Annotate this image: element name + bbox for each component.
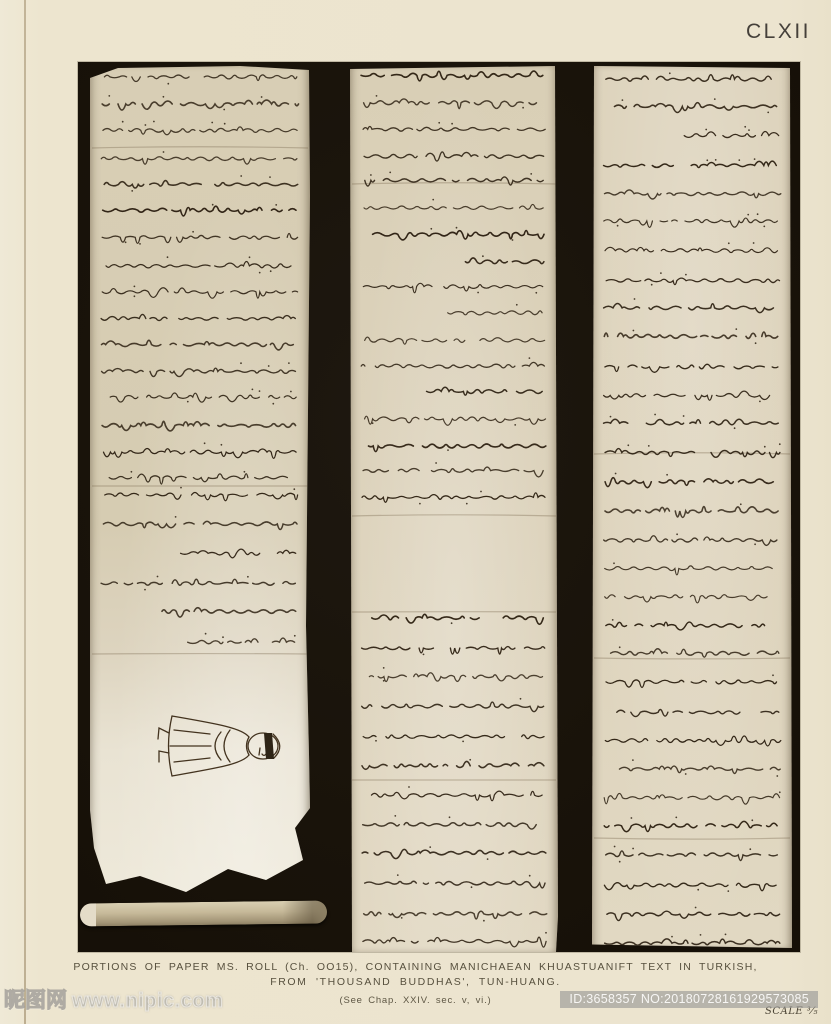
manuscript-photo [78,62,800,952]
manuscript-strip-middle [350,66,558,952]
book-page: CLXII PORTIONS OF PAPER MS. ROLL (Ch. OO… [0,0,831,1024]
plate-number: CLXII [746,20,811,44]
stock-id-watermark: ID:3658357 NO:20180728161929573085 [560,991,818,1008]
scroll-roller-rod [80,900,327,926]
manuscript-strip-left [90,66,310,902]
manuscript-script-left [90,66,310,902]
manuscript-strip-right [592,66,792,948]
caption-title-line2: FROM 'THOUSAND BUDDHAS', TUN-HUANG. [0,976,831,988]
manuscript-script-middle [350,66,558,952]
page-edge-line [24,0,26,1024]
caption-title-line1: PORTIONS OF PAPER MS. ROLL (Ch. OO15), C… [0,961,831,973]
manuscript-script-right [592,66,792,948]
